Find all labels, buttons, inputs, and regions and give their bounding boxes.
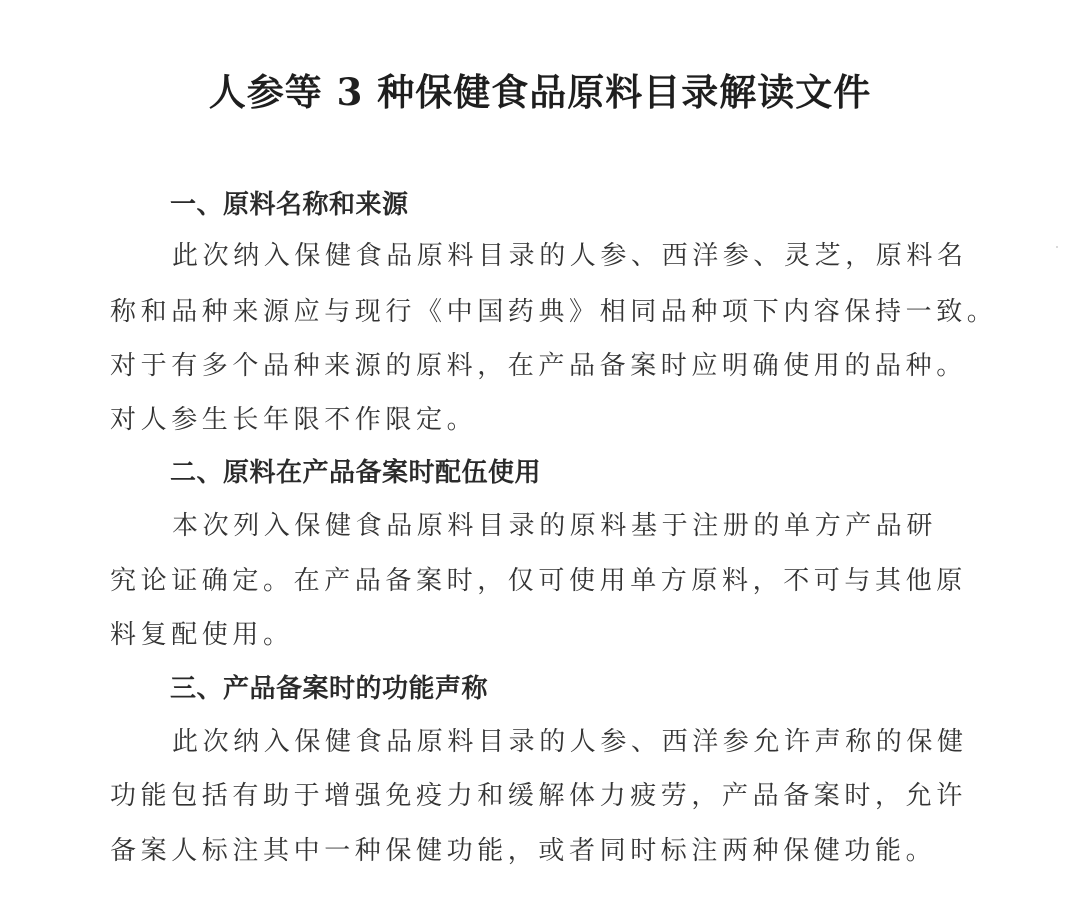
paragraph-line: 本次列入保健食品原料目录的原料基于注册的单方产品研 xyxy=(172,508,932,544)
paragraph-line: 备案人标注其中一种保健功能，或者同时标注两种保健功能。 xyxy=(110,833,930,869)
paragraph-line: 此次纳入保健食品原料目录的人参、西洋参、灵芝，原料名 xyxy=(172,238,932,274)
paragraph-line: 称和品种来源应与现行《中国药典》相同品种项下内容保持一致。 xyxy=(110,294,930,330)
paragraph-line: 功能包括有助于增强免疫力和缓解体力疲劳，产品备案时，允许 xyxy=(110,778,930,814)
paragraph-line: 料复配使用。 xyxy=(110,617,930,653)
section-heading-3: 三、产品备案时的功能声称 xyxy=(170,671,488,707)
paragraph-line: 此次纳入保健食品原料目录的人参、西洋参允许声称的保健 xyxy=(172,724,932,760)
paragraph-line: 究论证确定。在产品备案时，仅可使用单方原料，不可与其他原 xyxy=(110,563,930,599)
document-title: 人参等 3 种保健食品原料目录解读文件 xyxy=(0,66,1080,118)
paragraph-line: 对人参生长年限不作限定。 xyxy=(110,402,930,438)
document-page: 人参等 3 种保健食品原料目录解读文件 一、原料名称和来源 此次纳入保健食品原料… xyxy=(0,0,1080,912)
section-heading-1: 一、原料名称和来源 xyxy=(170,187,409,223)
paragraph-line: 对于有多个品种来源的原料，在产品备案时应明确使用的品种。 xyxy=(110,348,930,384)
scan-artifact xyxy=(1056,246,1058,248)
section-heading-2: 二、原料在产品备案时配伍使用 xyxy=(170,455,541,491)
